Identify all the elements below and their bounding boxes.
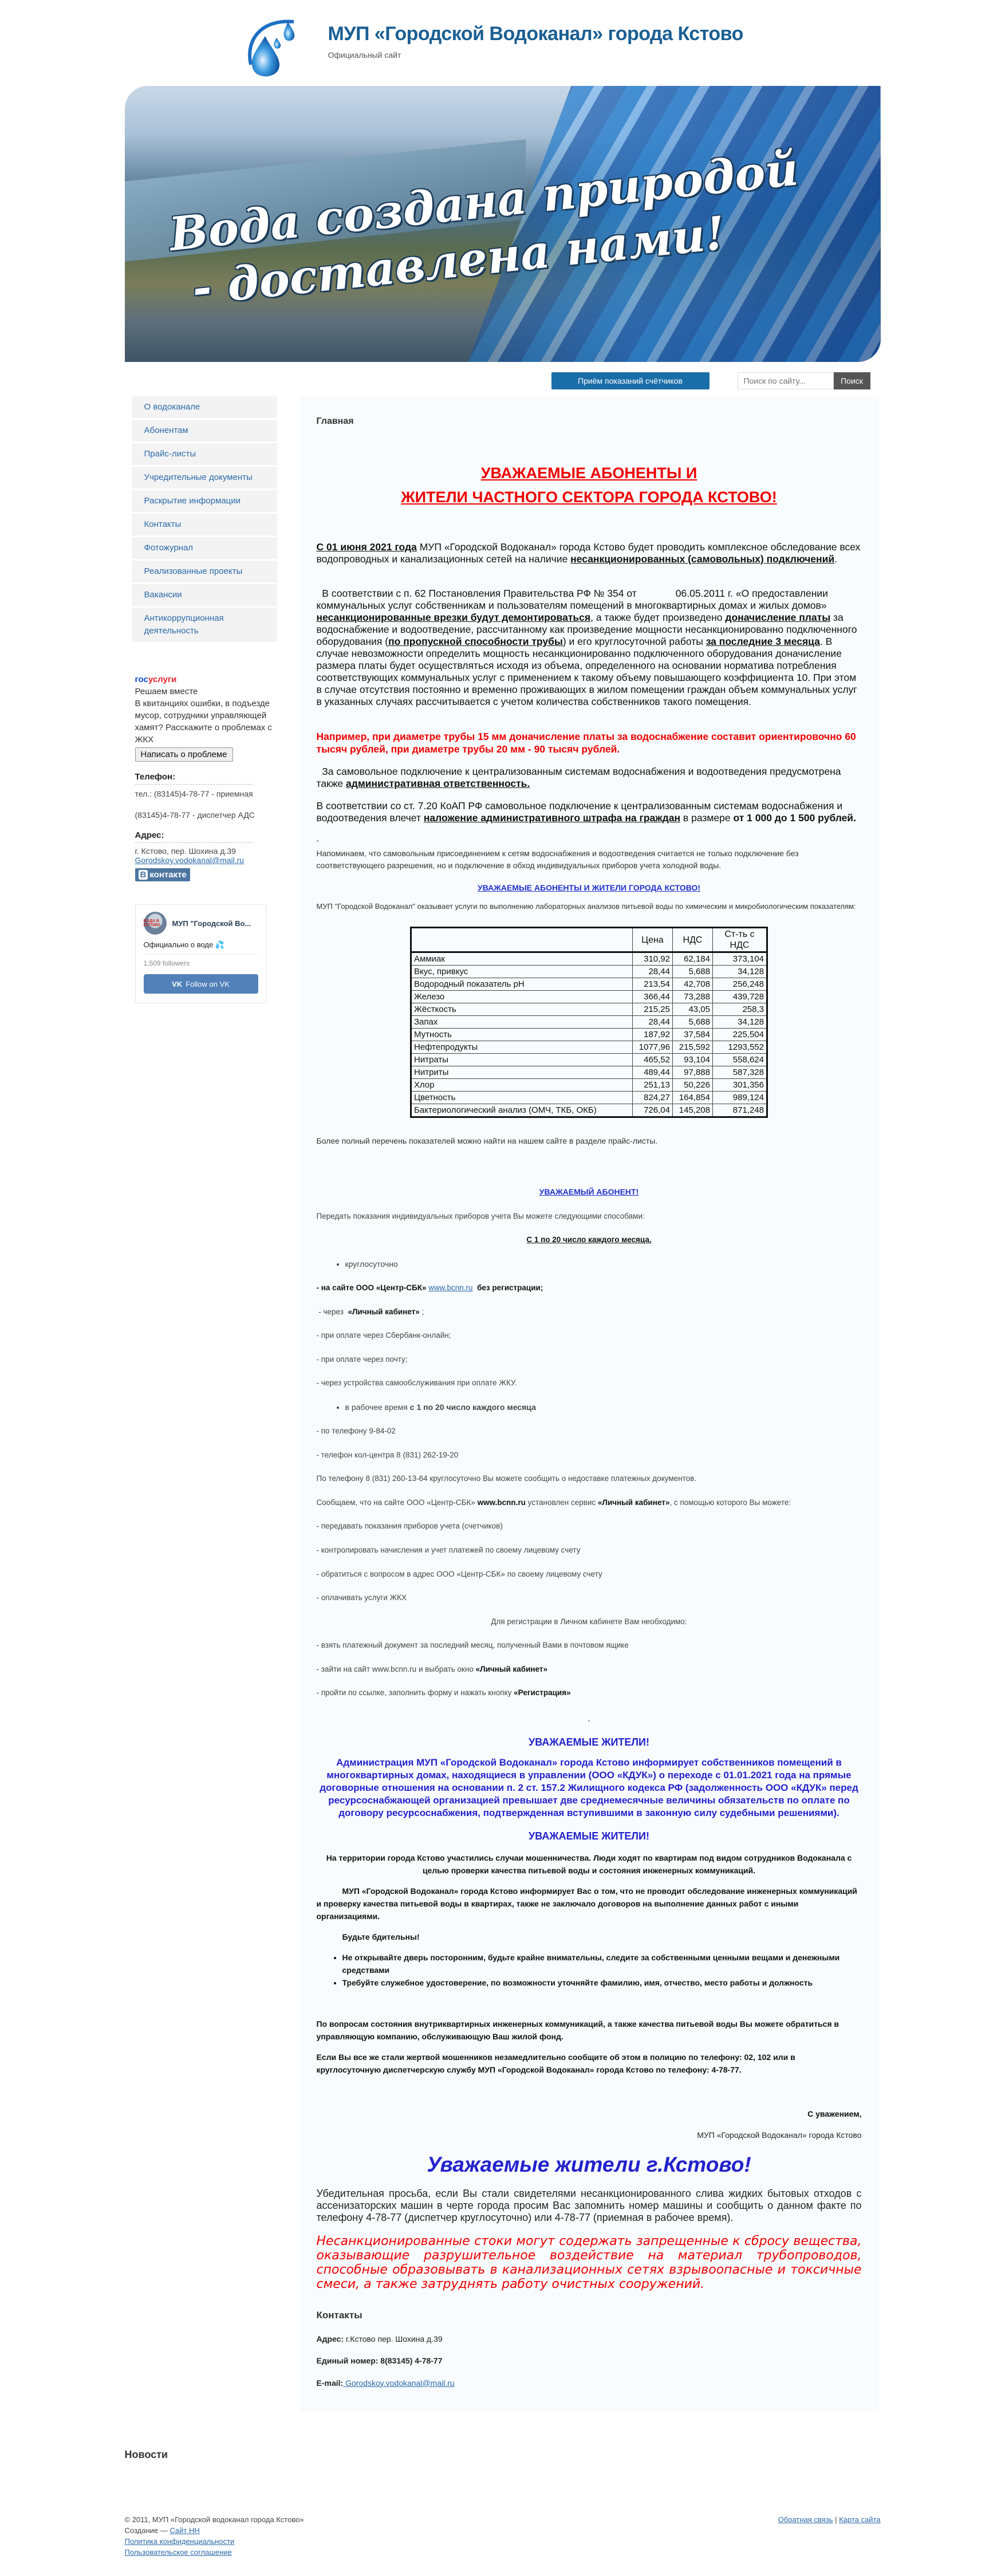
price-table-wrap: ЦенаНДССт-ть с НДСАммиак310,9262,184373,… — [317, 927, 862, 1118]
vkontakte-logo[interactable]: Вконтакте — [135, 868, 190, 881]
sidebar-item-about[interactable]: О водоканале — [132, 396, 277, 418]
vk-community-name[interactable]: МУП "Городской Во... — [172, 919, 251, 928]
site-header: МУП «Городской Водоканал» города Кстово … — [125, 0, 881, 86]
service-lk: «Личный кабинет» — [598, 1498, 669, 1507]
lk-method-bold: «Личный кабинет» — [348, 1307, 419, 1316]
price-table-row: Запах28,445,68834,128 — [411, 1016, 767, 1029]
news-heading: Новости — [125, 2449, 881, 2461]
vk-follow-button[interactable]: VKFollow on VK — [144, 974, 258, 994]
sidebar-email-link[interactable]: Gorodskoy.vodokanal@mail.ru — [135, 856, 245, 865]
price-table: ЦенаНДССт-ть с НДСАммиак310,9262,184373,… — [410, 927, 768, 1118]
meters-period: С 1 по 20 число каждого месяца. — [317, 1234, 862, 1246]
sidebar-item-anticorruption[interactable]: Антикоррупционная деятельность — [132, 608, 277, 642]
price-row-name: Бактериологический анализ (ОМЧ, ТКБ, ОКБ… — [411, 1104, 633, 1117]
contact-address-value: г.Кстово пер. Шохина д.39 — [344, 2334, 443, 2343]
subscriber-heading-link[interactable]: УВАЖАЕМЫЙ АБОНЕНТ! — [539, 1187, 639, 1196]
private-sector-heading: УВАЖАЕМЫЕ АБОНЕНТЫ И ЖИТЕЛИ ЧАСТНОГО СЕК… — [317, 461, 862, 509]
registration-intro: Для регистрации в Личном кабинете Вам не… — [317, 1616, 862, 1628]
price-row-name: Жёсткость — [411, 1003, 633, 1016]
bcnn-link[interactable]: www.bcnn.ru — [428, 1283, 472, 1292]
round-the-clock-list: круглосуточно — [317, 1258, 862, 1270]
price-row-value: 93,104 — [673, 1054, 713, 1066]
signature: МУП «Городской Водоканал» города Кстово — [317, 2129, 862, 2141]
contact-email: E-mail: Gorodskoy.vodokanal@mail.ru — [317, 2377, 862, 2389]
fraud-tip-2: Требуйте служебное удостоверение, по воз… — [342, 1976, 862, 1989]
price-table-row: Цветность824,27164,854989,124 — [411, 1092, 767, 1104]
gosuslugi-logo-part2: услуги — [148, 675, 176, 684]
vk-community-description: Официально о воде 💦 — [144, 940, 258, 955]
price-row-value: 62,184 — [673, 952, 713, 966]
gosuslugi-text: В квитанциях ошибки, в подъезде мусор, с… — [135, 698, 273, 746]
reg-bold-1: несанкционированные врезки будут демонти… — [317, 612, 591, 623]
price-row-name: Нитриты — [411, 1066, 633, 1079]
sitemap-link[interactable]: Карта сайта — [839, 2515, 880, 2524]
price-row-value: 28,44 — [633, 966, 673, 978]
price-row-value: 213,54 — [633, 978, 673, 991]
address-block: Адрес: г. Кстово, пер. Шохина д.39 Gorod… — [135, 830, 264, 865]
lab-heading: УВАЖАЕМЫЕ АБОНЕНТЫ И ЖИТЕЛИ ГОРОДА КСТОВ… — [317, 882, 862, 893]
lk-ability-4: - оплачивать услуги ЖКХ — [317, 1592, 862, 1604]
vk-community-widget: ВОДА В КСТОВО МУП "Городской Во... Офици… — [135, 904, 267, 1003]
price-row-value: 5,688 — [673, 966, 713, 978]
price-row-value: 97,888 — [673, 1066, 713, 1079]
sewage-request: Убедительная просьба, если Вы стали свид… — [317, 2188, 862, 2224]
footer: © 2011, МУП «Городской водоканал города … — [125, 2515, 881, 2576]
kstovo-residents-heading: Уважаемые жители г.Кстово! — [317, 2149, 862, 2180]
gosuslugi-logo[interactable]: госуслуги — [135, 673, 273, 686]
subscriber-heading: УВАЖАЕМЫЙ АБОНЕНТ! — [317, 1186, 862, 1198]
vk-community-avatar[interactable]: ВОДА В КСТОВО — [144, 912, 167, 935]
contact-address: Адрес: г.Кстово пер. Шохина д.39 — [317, 2333, 862, 2345]
price-row-value: 5,688 — [673, 1016, 713, 1029]
fine-text-c: в размере — [680, 812, 733, 824]
reg-text-a: В соответствии с п. 62 Постановления Пра… — [317, 588, 831, 611]
fraud-info: МУП «Городской Водоканал» города Кстово … — [317, 1885, 862, 1923]
site-method-tail: без регистрации; — [473, 1283, 543, 1292]
lk-service-info: Сообщаем, что на сайте ООО «Центр-СБК» w… — [317, 1497, 862, 1508]
price-row-value: 43,05 — [673, 1003, 713, 1016]
lk-method-text: - через — [317, 1307, 348, 1316]
price-row-value: 256,248 — [713, 978, 767, 991]
price-row-name: Аммиак — [411, 952, 633, 966]
price-row-value: 726,04 — [633, 1104, 673, 1117]
residents-heading-2: УВАЖАЕМЫЕ ЖИТЕЛИ! — [317, 1829, 862, 1844]
fine-amount: от 1 000 до 1 500 рублей. — [733, 812, 856, 824]
reg-step3-text: - пройти по ссылке, заполнить форму и на… — [317, 1688, 514, 1697]
price-row-name: Нефтепродукты — [411, 1041, 633, 1054]
sidebar-item-projects[interactable]: Реализованные проекты — [132, 561, 277, 582]
price-row-value: 73,288 — [673, 991, 713, 1003]
fraud-intro: На территории города Кстово участились с… — [317, 1852, 862, 1877]
fine-paragraph: В соответствии со ст. 7.20 КоАП РФ самов… — [317, 800, 862, 824]
sidebar-item-contacts[interactable]: Контакты — [132, 514, 277, 535]
lk-ability-2: - контролировать начисления и учет плате… — [317, 1545, 862, 1556]
fraud-tips: Не открывайте дверь посторонним, будьте … — [317, 1951, 862, 1989]
private-sector-heading-line2: ЖИТЕЛИ ЧАСТНОГО СЕКТОРА ГОРОДА КСТОВО! — [317, 485, 862, 509]
lk-ability-1: - передавать показания приборов учета (с… — [317, 1521, 862, 1532]
contact-phone: Единый номер: 8(83145) 4-78-77 — [317, 2355, 862, 2366]
address-heading: Адрес: — [135, 830, 253, 843]
toolbar: Приём показаний счётчиков Поиск — [125, 362, 881, 396]
page-title: Главная — [317, 396, 862, 428]
address-text: г. Кстово, пер. Шохина д.39 — [135, 846, 264, 856]
contacts-heading: Контакты — [317, 2309, 862, 2323]
price-row-value: 42,708 — [673, 978, 713, 991]
reg-bold-3: по пропускной способности трубы — [388, 636, 563, 647]
inspection-emphasis: несанкционированных (самовольных) подклю… — [570, 553, 834, 565]
meters-intro: Передать показания индивидуальных прибор… — [317, 1211, 862, 1222]
lk-ability-3: - обратиться с вопросом в адрес ООО «Цен… — [317, 1569, 862, 1580]
working-hours-bold: с 1 по 20 число каждого месяца — [410, 1403, 536, 1412]
contact-phone-value: Единый номер: 8(83145) 4-78-77 — [317, 2356, 443, 2365]
price-row-value: 34,128 — [713, 966, 767, 978]
working-hours-list: в рабочее время с 1 по 20 число каждого … — [317, 1401, 862, 1413]
sidebar-item-vacancies[interactable]: Вакансии — [132, 584, 277, 606]
hero-banner: Вода создана природой - доставлена нами! — [125, 86, 881, 362]
price-row-name: Хлор — [411, 1079, 633, 1092]
privacy-policy-link[interactable]: Политика конфиденциальности — [125, 2537, 235, 2546]
water-drop-logo-icon[interactable] — [239, 10, 311, 79]
search-input[interactable] — [738, 372, 834, 389]
site-method: - на сайте ООО «Центр-СБК» www.bcnn.ru б… — [317, 1282, 862, 1294]
reminder-paragraph: Напоминаем, что самовольным присоединени… — [317, 848, 862, 872]
meters-period-text: С 1 по 20 число каждого месяца. — [526, 1235, 651, 1244]
phone-method: - по телефону 9-84-02 — [317, 1425, 862, 1437]
price-table-row: Нитраты465,5293,104558,624 — [411, 1054, 767, 1066]
sidebar: О водоканале Абонентам Прайс-листы Учред… — [125, 396, 282, 1003]
vk-logo-text: контакте — [149, 870, 186, 880]
registration-step-3: - пройти по ссылке, заполнить форму и на… — [317, 1687, 862, 1699]
atm-method: - через устройства самообслуживания при … — [317, 1377, 862, 1389]
footer-links: Обратная связь | Карта сайта — [778, 2515, 881, 2559]
service-text-e: , с помощью которого Вы можете: — [669, 1498, 791, 1507]
price-table-header: ЦенаНДССт-ть с НДС — [411, 928, 767, 952]
search-button[interactable]: Поиск — [834, 372, 870, 389]
fraud-warning: Будьте бдительны! — [317, 1931, 862, 1943]
sidebar-item-photo-journal[interactable]: Фотожурнал — [132, 537, 277, 559]
price-row-value: 34,128 — [713, 1016, 767, 1029]
lk-method-tail: ; — [420, 1307, 424, 1316]
price-row-name: Водородный показатель pH — [411, 978, 633, 991]
fraud-police: Если Вы все же стали жертвой мошенников … — [317, 2051, 862, 2076]
created-by: Создание — Сайт НН — [125, 2526, 304, 2535]
price-table-row: Нитриты489,4497,888587,328 — [411, 1066, 767, 1079]
price-table-row: Железо366,4473,288439,728 — [411, 991, 767, 1003]
sidebar-item-founding-docs[interactable]: Учредительные документы — [132, 467, 277, 489]
regards: С уважением, — [317, 2108, 862, 2120]
created-by-label: Создание — — [125, 2526, 170, 2535]
fraud-contact: По вопросам состояния внутриквартирных и… — [317, 2018, 862, 2043]
price-row-name: Цветность — [411, 1092, 633, 1104]
price-row-value: 164,854 — [673, 1092, 713, 1104]
fine-emphasis: наложение административного штрафа на гр… — [424, 812, 680, 824]
creator-link[interactable]: Сайт НН — [170, 2526, 199, 2535]
sber-method: - при оплате через Сбербанк-онлайн; — [317, 1330, 862, 1341]
phone-reception: тел.: (83145)4-78-77 - приемная — [135, 788, 264, 800]
service-site: www.bcnn.ru — [478, 1498, 526, 1507]
price-row-value: 310,92 — [633, 952, 673, 966]
reg-step3-bold: «Регистрация» — [514, 1688, 570, 1697]
lab-heading-link[interactable]: УВАЖАЕМЫЕ АБОНЕНТЫ И ЖИТЕЛИ ГОРОДА КСТОВ… — [478, 883, 700, 892]
price-row-value: 28,44 — [633, 1016, 673, 1029]
liability-emphasis: административная ответственность. — [346, 778, 530, 789]
meter-readings-button[interactable]: Приём показаний счётчиков — [551, 372, 710, 389]
inspection-date: С 01 июня 2021 года — [317, 541, 417, 553]
gosuslugi-widget: госуслуги Решаем вместе В квитанциях оши… — [135, 673, 273, 762]
vk-followers-count: 1,509 followers — [144, 959, 258, 967]
service-text-a: Сообщаем, что на сайте ООО «Центр-СБК» — [317, 1498, 478, 1507]
price-row-value: 871,248 — [713, 1104, 767, 1117]
gosuslugi-logo-part1: гос — [135, 675, 148, 684]
price-table-row: Хлор251,1350,226301,356 — [411, 1079, 767, 1092]
price-row-name: Железо — [411, 991, 633, 1003]
report-problem-button[interactable]: Написать о проблеме — [135, 747, 233, 762]
user-agreement-link[interactable]: Пользовательское соглашение — [125, 2548, 232, 2557]
sidebar-item-subscribers[interactable]: Абонентам — [132, 420, 277, 442]
price-header-cell: Цена — [633, 928, 673, 952]
price-row-value: 37,584 — [673, 1029, 713, 1041]
price-row-value: 50,226 — [673, 1079, 713, 1092]
reg-step2-text: - зайти на сайт www.bcnn.ru и выбрать ок… — [317, 1665, 476, 1673]
price-row-name: Запах — [411, 1016, 633, 1029]
contact-address-label: Адрес: — [317, 2334, 344, 2343]
residents-heading-1: УВАЖАЕМЫЕ ЖИТЕЛИ! — [317, 1735, 862, 1750]
main-content: Главная УВАЖАЕМЫЕ АБОНЕНТЫ И ЖИТЕЛИ ЧАСТ… — [299, 396, 879, 2412]
kduk-notice: Администрация МУП «Городской Водоканал» … — [317, 1756, 862, 1819]
price-header-cell: НДС — [673, 928, 713, 952]
price-row-name: Мутность — [411, 1029, 633, 1041]
site-method-text: - на сайте ООО «Центр-СБК» — [317, 1283, 429, 1292]
callcenter-method: - телефон кол-центра 8 (831) 262-19-20 — [317, 1450, 862, 1461]
gosuslugi-title: Решаем вместе — [135, 686, 273, 698]
price-row-value: 489,44 — [633, 1066, 673, 1079]
registration-step-1: - взять платежный документ за последний … — [317, 1640, 862, 1651]
footer-separator: | — [833, 2515, 839, 2524]
sewage-warning: Несанкционированные стоки могут содержат… — [317, 2234, 862, 2291]
fraud-tip-1: Не открывайте дверь посторонним, будьте … — [342, 1951, 862, 1976]
price-row-value: 989,124 — [713, 1092, 767, 1104]
vk-follow-label: Follow on VK — [186, 980, 230, 988]
price-row-value: 587,328 — [713, 1066, 767, 1079]
price-row-value: 301,356 — [713, 1079, 767, 1092]
price-row-name: Вкус, привкус — [411, 966, 633, 978]
price-header-cell — [411, 928, 633, 952]
bullet-working-hours: в рабочее время с 1 по 20 число каждого … — [345, 1401, 862, 1413]
price-row-value: 465,52 — [633, 1054, 673, 1066]
price-row-value: 145,208 — [673, 1104, 713, 1117]
inspection-notice: С 01 июня 2021 года МУП «Городской Водок… — [317, 541, 862, 565]
copyright: © 2011, МУП «Городской водоканал города … — [125, 2515, 304, 2524]
private-sector-heading-line1: УВАЖАЕМЫЕ АБОНЕНТЫ И — [317, 461, 862, 485]
price-row-value: 215,592 — [673, 1041, 713, 1054]
sidebar-item-disclosure[interactable]: Раскрытие информации — [132, 490, 277, 512]
site-title[interactable]: МУП «Городской Водоканал» города Кстово — [328, 23, 743, 45]
registration-step-2: - зайти на сайт www.bcnn.ru и выбрать ок… — [317, 1664, 862, 1675]
sidebar-item-price-lists[interactable]: Прайс-листы — [132, 443, 277, 465]
price-row-value: 225,504 — [713, 1029, 767, 1041]
charge-example: Например, при диаметре трубы 15 мм донач… — [317, 730, 862, 755]
price-table-row: Бактериологический анализ (ОМЧ, ТКБ, ОКБ… — [411, 1104, 767, 1117]
reg-step2-bold: «Личный кабинет» — [476, 1665, 547, 1673]
service-text-c: установлен сервис — [526, 1498, 598, 1507]
documents-phone: По телефону 8 (831) 260-13-64 круглосуто… — [317, 1473, 862, 1484]
vk-logo-letter: В — [139, 870, 148, 880]
lab-intro: МУП "Городской Водоканал" оказывает услу… — [317, 900, 862, 912]
price-table-row: Водородный показатель pH213,5442,708256,… — [411, 978, 767, 991]
price-header-cell: Ст-ть с НДС — [713, 928, 767, 952]
price-table-row: Жёсткость215,2543,05258,3 — [411, 1003, 767, 1016]
phone-heading: Телефон: — [135, 772, 253, 785]
sidebar-nav: О водоканале Абонентам Прайс-листы Учред… — [125, 396, 282, 642]
lk-method: - через «Личный кабинет» ; — [317, 1306, 862, 1318]
price-table-row: Аммиак310,9262,184373,104 — [411, 952, 767, 966]
reg-bold-2: доначисление платы — [725, 612, 830, 623]
price-table-row: Мутность187,9237,584225,504 — [411, 1029, 767, 1041]
price-row-value: 258,3 — [713, 1003, 767, 1016]
price-row-value: 1077,96 — [633, 1041, 673, 1054]
separator-dot: - — [317, 1716, 862, 1726]
price-row-value: 366,44 — [633, 991, 673, 1003]
price-row-value: 373,104 — [713, 952, 767, 966]
vk-icon: VK — [172, 980, 182, 988]
post-method: - при оплате через почту; — [317, 1354, 862, 1365]
price-row-value: 251,13 — [633, 1079, 673, 1092]
reg-bold-4: за последние 3 месяца — [706, 636, 820, 647]
separator-dash: - — [317, 836, 862, 846]
working-hours-text: в рабочее время — [345, 1403, 410, 1412]
reg-text-e: ) и его круглосуточной работы — [563, 636, 706, 647]
price-row-value: 558,624 — [713, 1054, 767, 1066]
regulation-paragraph: В соответствии с п. 62 Постановления Пра… — [317, 576, 862, 720]
bullet-round-the-clock: круглосуточно — [345, 1258, 862, 1270]
contact-email-label: E-mail: — [317, 2378, 344, 2388]
price-row-value: 215,25 — [633, 1003, 673, 1016]
contact-email-link[interactable]: Gorodskoy.vodokanal@mail.ru — [343, 2378, 454, 2388]
liability-paragraph: За самовольное подключение к централизов… — [317, 766, 862, 790]
price-row-value: 439,728 — [713, 991, 767, 1003]
feedback-link[interactable]: Обратная связь — [778, 2515, 833, 2524]
price-table-row: Вкус, привкус28,445,68834,128 — [411, 966, 767, 978]
phone-block: Телефон: тел.: (83145)4-78-77 - приемная… — [135, 772, 264, 821]
site-subtitle: Официальный сайт — [328, 50, 401, 60]
price-table-row: Нефтепродукты1077,96215,5921293,552 — [411, 1041, 767, 1054]
price-row-value: 187,92 — [633, 1029, 673, 1041]
price-note: Более полный перечень показателей можно … — [317, 1135, 862, 1147]
price-row-value: 824,27 — [633, 1092, 673, 1104]
phone-dispatcher: (83145)4-78-77 - диспетчер АДС — [135, 809, 264, 821]
reg-text-c: , а также будет произведено — [590, 612, 725, 623]
price-row-name: Нитраты — [411, 1054, 633, 1066]
inspection-tail: . — [834, 553, 837, 565]
price-row-value: 1293,552 — [713, 1041, 767, 1054]
